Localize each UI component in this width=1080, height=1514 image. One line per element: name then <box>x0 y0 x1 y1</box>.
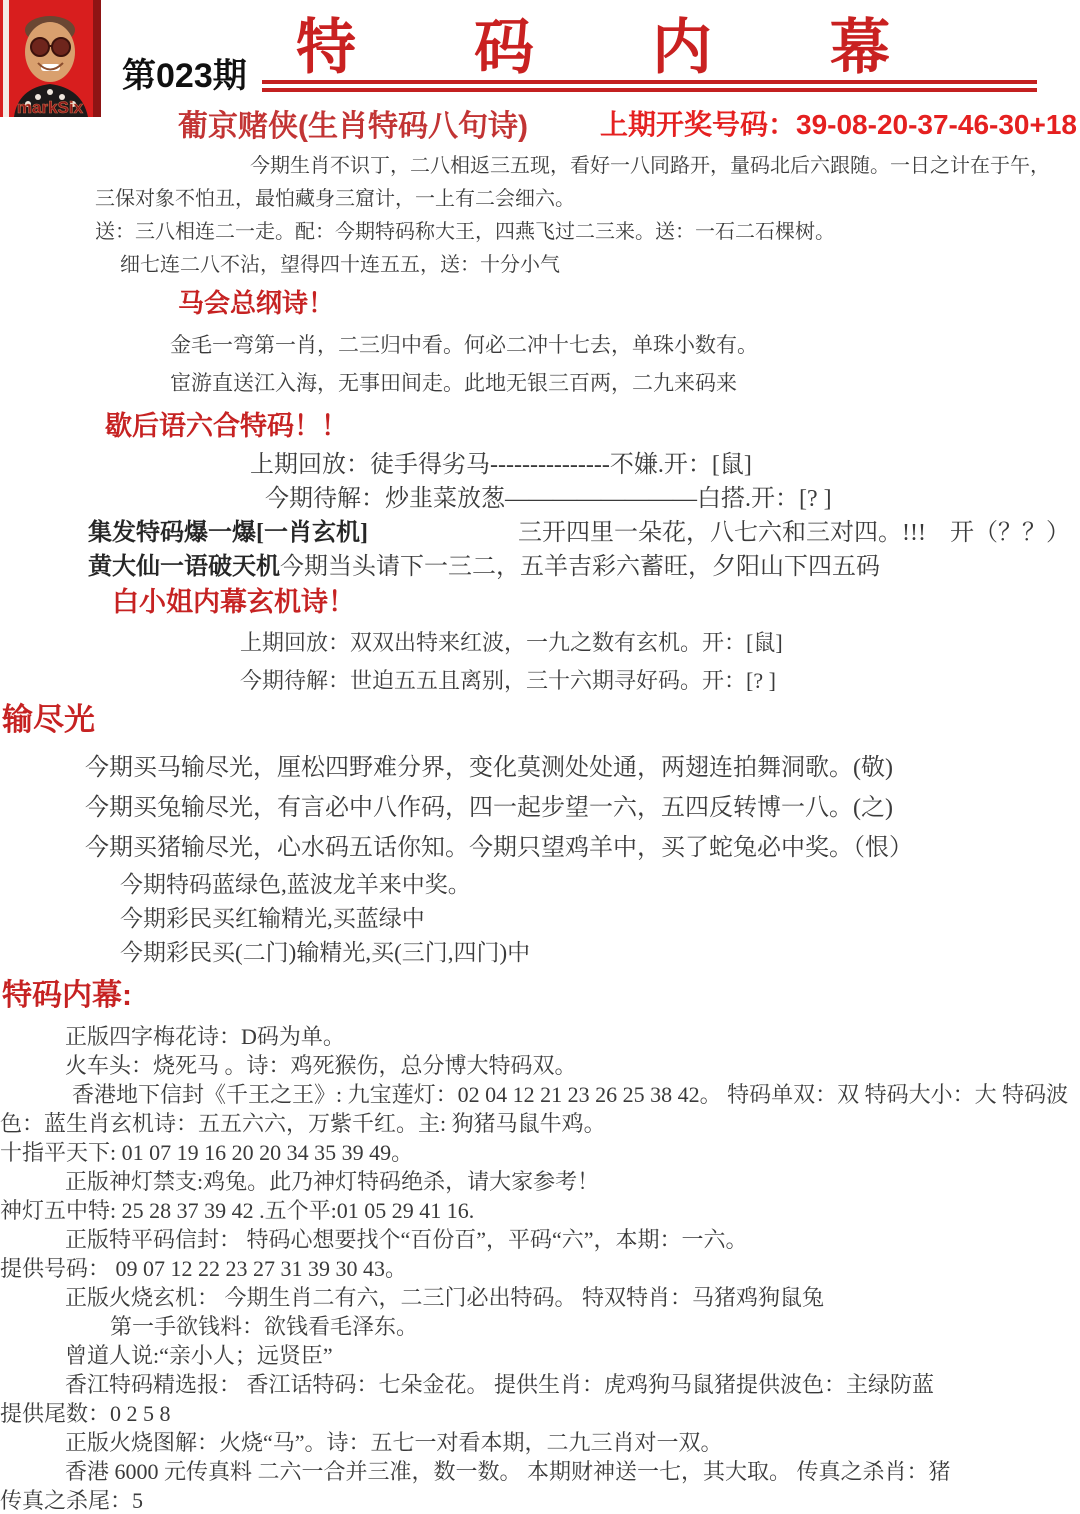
xiehouyu-section: 上期回放：徒手得劣马---------------不嫌.开：[鼠] 今期待解：炒… <box>0 448 1080 584</box>
text-line: 今期待解：炒韭菜放葱————————白搭.开：[? ] <box>265 482 1080 516</box>
text-line: 今期买马输尽光，厘松四野难分界，变化莫测处处通，两翅连拍舞洞歌。(敬) <box>85 748 1080 788</box>
sweater-dot <box>47 89 53 95</box>
shujinguang-tips: 今期特码蓝绿色,蓝波龙羊来中奖。 今期彩民买红输精光,买蓝绿中 今期彩民买(二门… <box>120 868 1080 970</box>
issue-number: 第023期 <box>122 48 247 97</box>
sunglasses-right <box>52 38 70 56</box>
text-line: 上期回放：双双出特来红波，一九之数有玄机。开：[鼠] <box>240 624 1080 662</box>
text-line: 正版火烧图解：火烧“马”。诗：五七一对看本期，二九三肖对一双。 <box>65 1428 1080 1457</box>
text-line: 提供号码： 09 07 12 22 23 27 31 39 30 43。 <box>0 1254 1080 1283</box>
sunglasses-left <box>31 38 49 56</box>
brand-label: markSix <box>17 98 84 117</box>
section-heading-temaneimu: 特码内幕: <box>2 978 1080 1014</box>
last-draw-numbers: 上期开奖号码：39-08-20-37-46-30+18 <box>600 103 1077 143</box>
text-line: 正版神灯禁支:鸡兔。此乃神灯特码绝杀，请大家参考！ <box>65 1167 1080 1196</box>
text-line: 黄大仙一语破天机今期当头请下一三二，五羊吉彩六蓄旺，夕阳山下四五码 <box>88 550 1080 584</box>
baixiaojie-section: 上期回放：双双出特来红波，一九之数有玄机。开：[鼠] 今期待解：世迫五五且离别，… <box>240 624 1080 700</box>
text-line: 今期彩民买(二门)输精光,买(三门,四门)中 <box>120 936 1080 970</box>
shujinguang-poems: 今期买马输尽光，厘松四野难分界，变化莫测处处通，两翅连拍舞洞歌。(敬) 今期买兔… <box>85 748 1080 868</box>
poem-line: 细七连二八不沾，望得四十连五五，送：十分小气 <box>120 249 1080 282</box>
temaneimu-section: 正版四字梅花诗：D码为单。 火车头：烧死马 。诗：鸡死猴伤，总分博大特码双。 香… <box>0 1022 1080 1514</box>
text-line: 第一手欲钱料：欲钱看毛泽东。 <box>110 1312 1080 1341</box>
text-line: 十指平天下: 01 07 19 16 20 20 34 35 39 49。 <box>0 1138 1080 1167</box>
text-line: 今期彩民买红输精光,买蓝绿中 <box>120 902 1080 936</box>
page-header: markSix 第023期 特码内幕 葡京赌侠(生肖特码八句诗) 上期开奖号码：… <box>0 0 1080 150</box>
opening-poem: 今期生肖不识丁，二八相返三五现，看好一八同路开，量码北后六跟随。一日之计在于午，… <box>0 150 1080 282</box>
text-line: 曾道人说:“亲小人；远贤臣” <box>65 1341 1080 1370</box>
jifa-text: 三开四里一朵花，八七六和三对四。!!! 开（？？） <box>518 520 1070 546</box>
mahui-poem: 金毛一弯第一肖，二三归中看。何必二冲十七去，单珠小数有。 宦游直送江入海，无事田… <box>170 326 1080 402</box>
text-line: 香港地下信封《千王之王》: 九宝莲灯：02 04 12 21 23 26 25 … <box>0 1080 1080 1138</box>
poem-line: 今期生肖不识丁，二八相返三五现，看好一八同路开，量码北后六跟随。一日之计在于午， <box>95 150 1080 183</box>
text-line: 正版四字梅花诗：D码为单。 <box>65 1022 1080 1051</box>
text-line: 今期买猪输尽光，心水码五话你知。今期只望鸡羊中，买了蛇兔必中奖。（恨） <box>85 828 1080 868</box>
photo-border <box>3 0 9 117</box>
text-line: 正版火烧玄机： 今期生肖二有六，二三门必出特码。 特双特肖：马猪鸡狗鼠兔 <box>65 1283 1080 1312</box>
section-heading-xiehouyu: 歇后语六合特码！！ <box>105 410 1080 442</box>
text-line: 香江特码精选报： 香江话特码：七朵金花。 提供生肖：虎鸡狗马鼠猪提供波色：主绿防… <box>65 1370 1080 1399</box>
text-line: 火车头：烧死马 。诗：鸡死猴伤，总分博大特码双。 <box>65 1051 1080 1080</box>
poem-line: 宦游直送江入海，无事田间走。此地无银三百两，二九来码来 <box>170 364 1080 402</box>
text-line: 今期买兔输尽光，有言必中八作码，四一起步望一六，五四反转博一八。(之) <box>85 788 1080 828</box>
section-heading-shujinguang: 输尽光 <box>2 702 1080 738</box>
title-underline <box>262 80 1037 92</box>
page-title: 特码内幕 <box>296 0 1008 86</box>
text-line: 传真之杀尾：5 <box>0 1486 1080 1514</box>
huang-text: 今期当头请下一三二，五羊吉彩六蓄旺，夕阳山下四五码 <box>280 554 880 580</box>
text-line: 上期回放：徒手得劣马---------------不嫌.开：[鼠] <box>250 448 1080 482</box>
text-line: 今期特码蓝绿色,蓝波龙羊来中奖。 <box>120 868 1080 902</box>
section-heading-mahui: 马会总纲诗！ <box>178 288 1080 318</box>
huang-label: 黄大仙一语破天机 <box>88 554 280 580</box>
poem-line: 三保对象不怕丑，最怕藏身三窟计，一上有二会细六。 <box>95 183 1080 216</box>
text-line: 提供尾数：0 2 5 8 <box>0 1399 1080 1428</box>
poem-line: 送：三八相连二一走。配：今期特码称大王，四燕飞过二三来。送：一石二石棵树。 <box>95 216 1080 249</box>
subtitle-poem-name: 葡京赌侠(生肖特码八句诗) <box>178 101 528 145</box>
jifa-label: 集发特码爆一爆[一肖玄机] <box>88 520 368 546</box>
photo-edge <box>93 0 101 117</box>
text-line: 今期待解：世迫五五且离别，三十六期寻好码。开：[? ] <box>240 662 1080 700</box>
text-line: 香港 6000 元传真料 二六一合并三准，数一数。 本期财神送一七，其大取。 传… <box>65 1457 1080 1486</box>
masthead-photo: markSix <box>0 0 101 117</box>
section-heading-baixiaojie: 白小姐内幕玄机诗！ <box>112 586 1080 618</box>
text-line: 正版特平码信封： 特码心想要找个“百份百”，平码“六”，本期：一六。 <box>65 1225 1080 1254</box>
text-line: 集发特码爆一爆[一肖玄机]三开四里一朵花，八七六和三对四。!!! 开（？？） <box>88 516 1080 550</box>
text-line: 神灯五中特: 25 28 37 39 42 .五个平:01 05 29 41 1… <box>0 1196 1080 1225</box>
poem-line: 金毛一弯第一肖，二三归中看。何必二冲十七去，单珠小数有。 <box>170 326 1080 364</box>
